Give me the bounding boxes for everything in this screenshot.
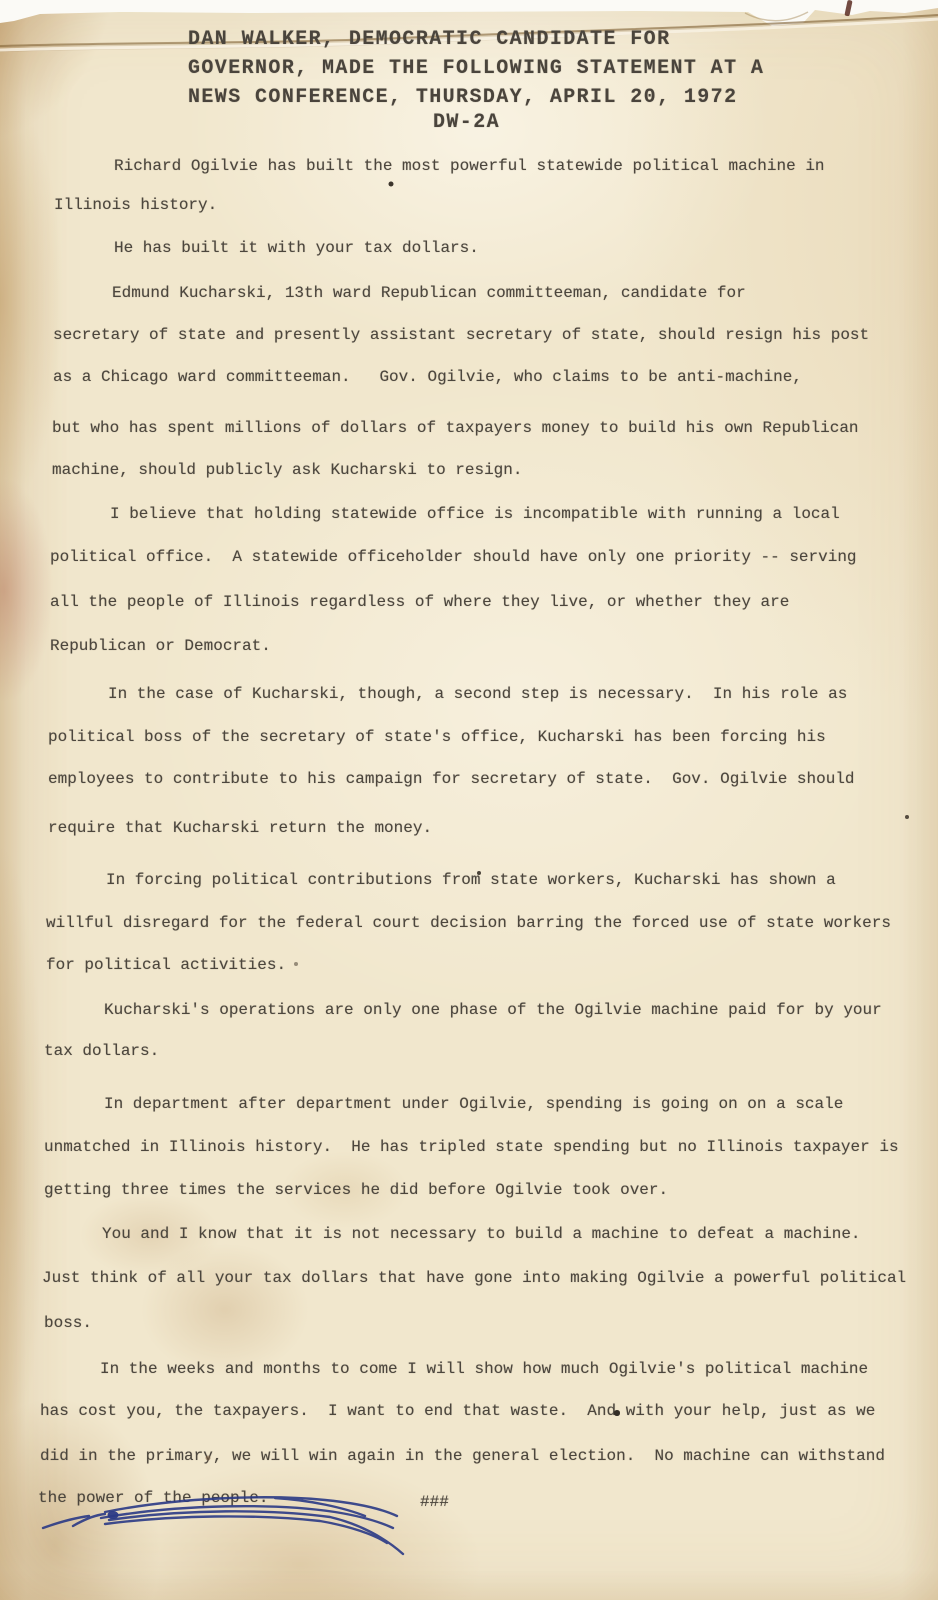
header-line: DAN WALKER, DEMOCRATIC CANDIDATE FOR (188, 30, 670, 50)
document-line: In department after department under Ogi… (104, 1096, 843, 1112)
document-line: political office. A statewide officehold… (50, 549, 857, 565)
document-line: for political activities. (46, 957, 286, 973)
text-layer: DAN WALKER, DEMOCRATIC CANDIDATE FORGOVE… (0, 0, 938, 1600)
document-line: Just think of all your tax dollars that … (42, 1270, 906, 1286)
document-line: I believe that holding statewide office … (110, 506, 840, 522)
document-line: Edmund Kucharski, 13th ward Republican c… (112, 285, 746, 301)
document-line: machine, should publicly ask Kucharski t… (52, 462, 522, 478)
document-line: In the weeks and months to come I will s… (100, 1361, 868, 1377)
document-line: getting three times the services he did … (44, 1182, 668, 1198)
document-line: all the people of Illinois regardless of… (50, 594, 789, 610)
document-line: has cost you, the taxpayers. I want to e… (40, 1403, 875, 1419)
document-line: employees to contribute to his campaign … (48, 771, 855, 787)
ink-specks (0, 0, 2, 2)
document-line: Illinois history. (54, 197, 217, 213)
document-line: Republican or Democrat. (50, 638, 271, 654)
document-line: Richard Ogilvie has built the most power… (114, 158, 825, 174)
document-line: as a Chicago ward committeeman. Gov. Ogi… (53, 369, 802, 385)
document-line: Kucharski's operations are only one phas… (104, 1002, 882, 1018)
scanned-document-page: DAN WALKER, DEMOCRATIC CANDIDATE FORGOVE… (0, 0, 938, 1600)
pen-blob (108, 1511, 119, 1519)
document-line: You and I know that it is not necessary … (102, 1226, 861, 1242)
document-line: political boss of the secretary of state… (48, 729, 826, 745)
document-line: willful disregard for the federal court … (46, 915, 891, 931)
document-line: He has built it with your tax dollars. (114, 240, 479, 256)
header-line: NEWS CONFERENCE, THURSDAY, APRIL 20, 197… (188, 88, 737, 108)
document-id: DW-2A (433, 113, 500, 133)
header-line: GOVERNOR, MADE THE FOLLOWING STATEMENT A… (188, 59, 764, 79)
document-line: In forcing political contributions from … (106, 872, 836, 888)
document-line: In the case of Kucharski, though, a seco… (108, 686, 847, 702)
document-line: tax dollars. (44, 1043, 159, 1059)
pen-scribble (25, 1488, 435, 1580)
document-line: unmatched in Illinois history. He has tr… (44, 1139, 899, 1155)
document-line: require that Kucharski return the money. (48, 820, 432, 836)
document-line: secretary of state and presently assista… (53, 327, 869, 343)
document-line: boss. (44, 1315, 92, 1331)
document-line: did in the primary, we will win again in… (40, 1448, 885, 1464)
document-line: but who has spent millions of dollars of… (52, 420, 859, 436)
